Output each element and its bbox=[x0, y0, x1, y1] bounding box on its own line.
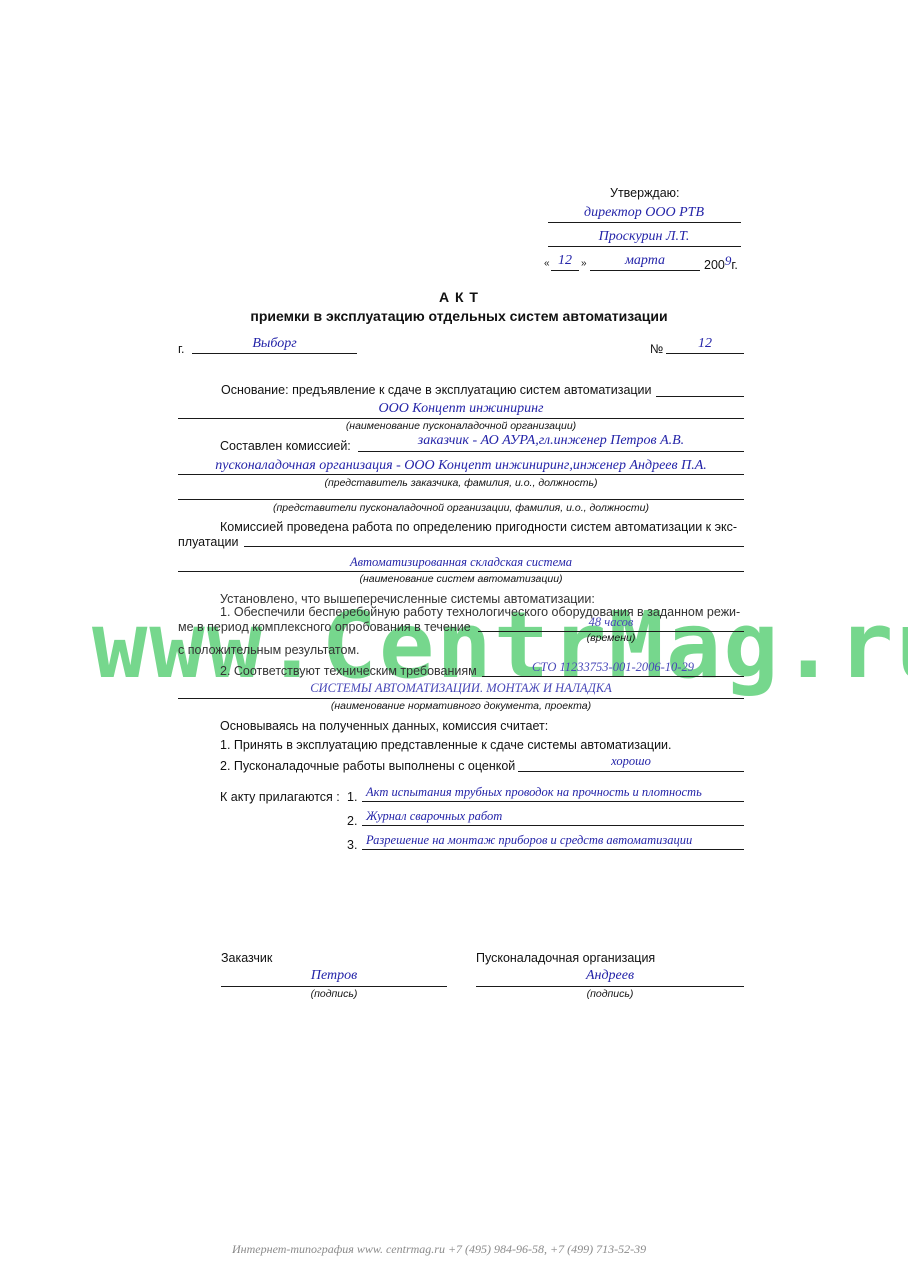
system-name: Автоматизированная складская система bbox=[178, 555, 744, 570]
standard-title: СИСТЕМЫ АВТОМАТИЗАЦИИ. МОНТАЖ И НАЛАДКА bbox=[178, 681, 744, 696]
city-line bbox=[192, 353, 357, 354]
findings-item1-line2: ме в период комплексного опробования в т… bbox=[178, 620, 471, 634]
city-value: Выборг bbox=[192, 336, 357, 352]
work-grade: хорошо bbox=[518, 754, 744, 769]
approval-label: Утверждаю: bbox=[610, 186, 680, 200]
standard-code: СТО 11233753-001-2006-10-29 bbox=[482, 660, 744, 675]
approver-position: директор ООО РТВ bbox=[548, 205, 740, 221]
basis-label: Основание: предъявление к сдаче в эксплу… bbox=[221, 383, 652, 397]
work-text-line2: плуатации bbox=[178, 535, 239, 549]
standard-title-line bbox=[178, 698, 744, 699]
attachment-1-text: Акт испытания трубных проводок на прочно… bbox=[366, 785, 744, 800]
attachment-2-number: 2. bbox=[347, 814, 357, 828]
contractor-representative-line bbox=[178, 474, 744, 475]
customer-signature-label: Заказчик bbox=[221, 951, 272, 965]
basis-caption: (наименование пусконаладочной организаци… bbox=[178, 420, 744, 432]
attachment-2-text: Журнал сварочных работ bbox=[366, 809, 744, 824]
customer-caption: (представитель заказчика, фамилия, и.о.,… bbox=[178, 477, 744, 489]
city-label: г. bbox=[178, 342, 185, 356]
work-text-line1: Комиссией проведена работа по определени… bbox=[220, 520, 737, 534]
attachments-label: К акту прилагаются : bbox=[220, 790, 340, 804]
date-close-quote: » bbox=[581, 258, 587, 269]
year-suffix: 9 bbox=[725, 253, 732, 268]
attachment-3-text: Разрешение на монтаж приборов и средств … bbox=[366, 833, 744, 848]
approver-name-line bbox=[548, 246, 741, 247]
standard-caption: (наименование нормативного документа, пр… bbox=[178, 700, 744, 712]
contractor-signature-label: Пусконаладочная организация bbox=[476, 951, 655, 965]
basis-value: ООО Концепт инжиниринг bbox=[178, 401, 744, 417]
customer-signature: Петров bbox=[221, 968, 447, 984]
customer-signature-line bbox=[221, 986, 447, 987]
approver-name: Проскурин Л.Т. bbox=[548, 229, 740, 245]
attachment-3-line bbox=[362, 849, 744, 850]
attachment-3-number: 3. bbox=[347, 838, 357, 852]
commission-extra-line bbox=[178, 499, 744, 500]
footer-contacts: Интернет-типография www. centrmag.ru +7 … bbox=[232, 1242, 646, 1257]
attachment-1-number: 1. bbox=[347, 790, 357, 804]
number-line bbox=[666, 353, 744, 354]
findings-intro: Установлено, что вышеперечисленные систе… bbox=[220, 592, 595, 606]
test-duration: 48 часов bbox=[478, 615, 744, 630]
findings-item1-line3: с положительным результатом. bbox=[178, 643, 360, 657]
contractor-signature: Андреев bbox=[476, 968, 744, 984]
commission-label: Составлен комиссией: bbox=[220, 439, 351, 453]
system-name-line bbox=[178, 571, 744, 572]
system-caption: (наименование систем автоматизации) bbox=[178, 573, 744, 585]
approval-month: марта bbox=[590, 253, 700, 269]
basis-tail-line bbox=[656, 396, 744, 397]
approval-year: 2009г. bbox=[704, 257, 738, 273]
number-label: № bbox=[650, 342, 663, 356]
standard-code-line bbox=[482, 676, 744, 677]
approval-day-line bbox=[551, 270, 579, 271]
approval-month-line bbox=[590, 270, 700, 271]
customer-representative-line bbox=[358, 451, 744, 452]
findings-item2-label: 2. Соответствуют техническим требованиям bbox=[220, 664, 477, 678]
approval-day: 12 bbox=[552, 253, 578, 269]
attachment-2-line bbox=[362, 825, 744, 826]
decision-item1: 1. Принять в эксплуатацию представленные… bbox=[220, 738, 672, 752]
approver-position-line bbox=[548, 222, 741, 223]
basis-line bbox=[178, 418, 744, 419]
duration-caption: (времени) bbox=[478, 632, 744, 644]
contractor-signature-caption: (подпись) bbox=[476, 988, 744, 1000]
contractor-signature-line bbox=[476, 986, 744, 987]
decision-item2-label: 2. Пусконаладочные работы выполнены с оц… bbox=[220, 759, 515, 773]
document-title: А К Т bbox=[0, 289, 908, 305]
customer-representative: заказчик - АО АУРА,гл.инженер Петров А.В… bbox=[358, 433, 744, 449]
year-prefix: 200 bbox=[704, 258, 725, 272]
attachment-1-line bbox=[362, 801, 744, 802]
customer-signature-caption: (подпись) bbox=[221, 988, 447, 1000]
contractor-representative: пусконаладочная организация - ООО Концеп… bbox=[178, 458, 744, 474]
work-grade-line bbox=[518, 771, 744, 772]
contractor-caption: (представители пусконаладочной организац… bbox=[178, 502, 744, 514]
work-line bbox=[244, 546, 744, 547]
date-open-quote: « bbox=[544, 258, 550, 269]
decision-intro: Основываясь на полученных данных, комисс… bbox=[220, 719, 548, 733]
number-value: 12 bbox=[666, 336, 744, 352]
document-subtitle: приемки в эксплуатацию отдельных систем … bbox=[0, 308, 908, 324]
year-unit: г. bbox=[731, 258, 738, 272]
